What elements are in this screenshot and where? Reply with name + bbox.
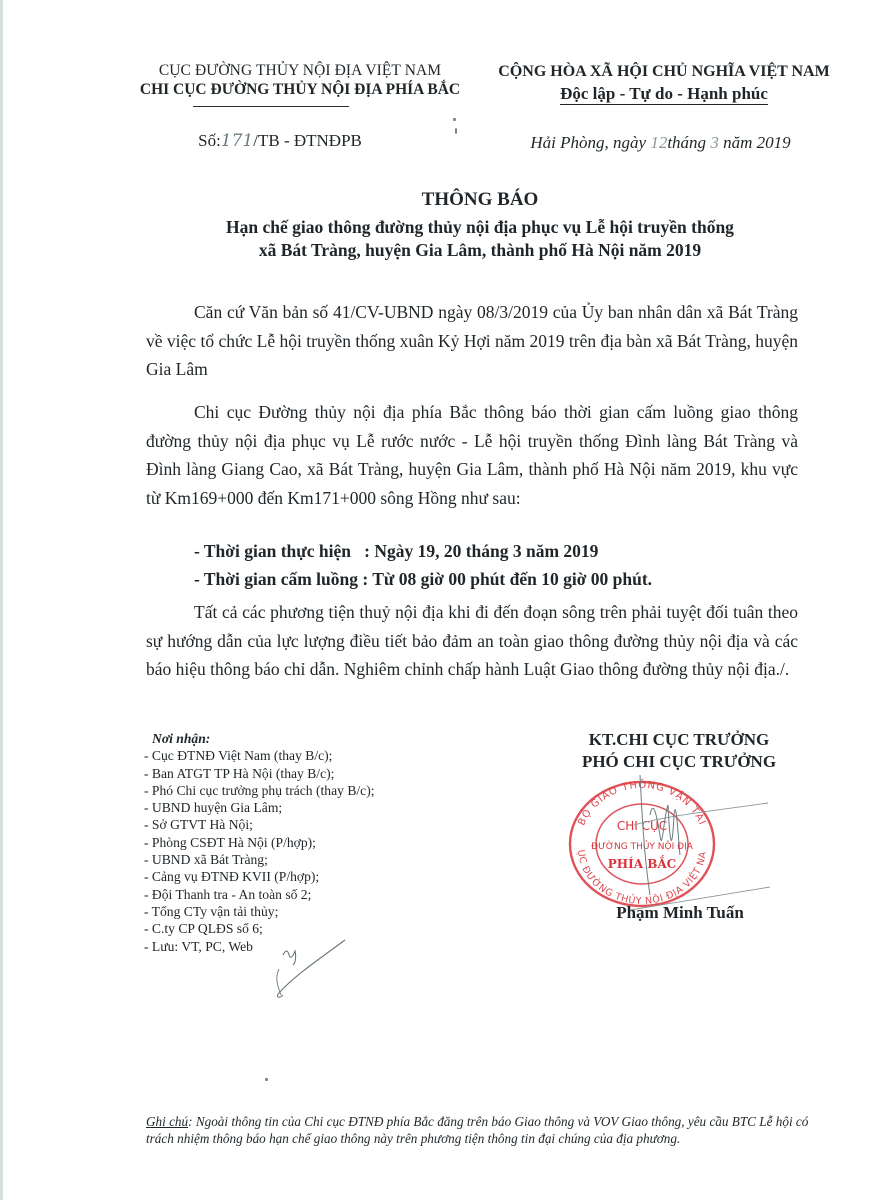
recipient-item: - Ban ATGT TP Hà Nội (thay B/c); [144, 765, 375, 782]
recipient-item: - UBND xã Bát Tràng; [144, 851, 375, 868]
initials-scribble-icon [265, 935, 355, 1005]
bullet-closure-time: - Thời gian cấm luồng : Từ 08 giờ 00 phú… [194, 569, 652, 590]
scan-speck [453, 118, 456, 121]
document-title: THÔNG BÁO [180, 189, 780, 211]
sub-agency-name: CHI CỤC ĐƯỜNG THỦY NỘI ĐỊA PHÍA BẮC [112, 81, 488, 99]
nation-name: CỘNG HÒA XÃ HỘI CHỦ NGHĨA VIỆT NAM [478, 63, 850, 81]
document-number: Số:171/TB - ĐTNĐPB [150, 131, 410, 151]
recipient-item: - Phòng CSĐT Hà Nội (P/hợp); [144, 834, 375, 851]
paragraph-text: Chi cục Đường thủy nội địa phía Bắc thôn… [146, 398, 798, 512]
scan-speck [455, 128, 457, 134]
paragraph-text: Căn cứ Văn bản số 41/CV-UBND ngày 08/3/2… [146, 298, 798, 384]
header-underline [193, 106, 349, 107]
paragraph-legal-basis: Căn cứ Văn bản số 41/CV-UBND ngày 08/3/2… [146, 298, 798, 384]
national-motto: Độc lập - Tự do - Hạnh phúc [478, 84, 850, 104]
bullet-execution-time: - Thời gian thực hiện : Ngày 19, 20 thán… [194, 541, 598, 562]
number-suffix: /TB - ĐTNĐPB [253, 131, 362, 150]
recipient-item: - Cục ĐTNĐ Việt Nam (thay B/c); [144, 747, 375, 764]
subtitle-line-2: xã Bát Tràng, huyện Gia Lâm, thành phố H… [150, 239, 810, 262]
recipient-item: - Tổng CTy vận tải thủy; [144, 903, 375, 920]
paragraph-announcement: Chi cục Đường thủy nội địa phía Bắc thôn… [146, 398, 798, 512]
date-year: năm 2019 [723, 133, 791, 152]
number-handwritten: 171 [221, 131, 253, 151]
signature-title-line-1: KT.CHI CỤC TRƯỞNG [548, 729, 810, 751]
footnote-text: : Ngoài thông tin của Chi cục ĐTNĐ phía … [146, 1114, 808, 1146]
agency-name: CỤC ĐƯỜNG THỦY NỘI ĐỊA VIỆT NAM [120, 62, 480, 80]
footnote-label: Ghi chú [146, 1114, 188, 1129]
recipient-item: - UBND huyện Gia Lâm; [144, 799, 375, 816]
scan-edge [0, 0, 3, 1200]
date-place: Hải Phòng, ngày [530, 133, 646, 152]
subtitle-line-1: Hạn chế giao thông đường thủy nội địa ph… [150, 216, 810, 239]
recipient-item: - Cảng vụ ĐTNĐ KVII (P/hợp); [144, 868, 375, 885]
document-subtitle: Hạn chế giao thông đường thủy nội địa ph… [150, 216, 810, 262]
recipient-item: - Đội Thanh tra - An toàn số 2; [144, 886, 375, 903]
signer-name: Phạm Minh Tuấn [560, 903, 800, 923]
footnote: Ghi chú: Ngoài thông tin của Chi cục ĐTN… [146, 1113, 836, 1147]
date-month: 3 [710, 133, 719, 152]
motto-text: Độc lập - Tự do - Hạnh phúc [560, 84, 768, 105]
paragraph-text: Tất cả các phương tiện thuỷ nội địa khi … [146, 598, 798, 684]
recipient-item: - Sở GTVT Hà Nội; [144, 816, 375, 833]
scan-speck [265, 1078, 268, 1081]
signature-scribble-icon [630, 755, 770, 915]
recipients-heading: Nơi nhận: [144, 730, 375, 747]
date-month-label: tháng [667, 133, 706, 152]
paragraph-instructions: Tất cả các phương tiện thuỷ nội địa khi … [146, 598, 798, 684]
recipients-list: - Cục ĐTNĐ Việt Nam (thay B/c); - Ban AT… [144, 747, 375, 955]
date-day: 12 [650, 133, 667, 152]
recipients-block: Nơi nhận: - Cục ĐTNĐ Việt Nam (thay B/c)… [144, 730, 375, 955]
issue-date: Hải Phòng, ngày 12tháng 3 năm 2019 [488, 133, 833, 153]
recipient-item: - Phó Chi cục trưởng phụ trách (thay B/c… [144, 782, 375, 799]
number-prefix: Số: [198, 131, 221, 150]
